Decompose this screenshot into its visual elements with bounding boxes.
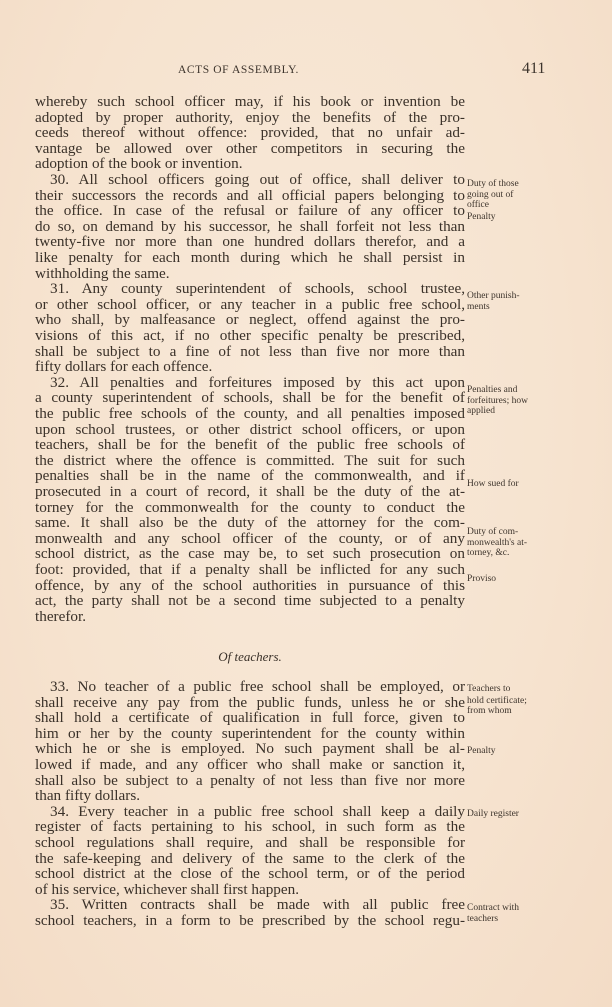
text-line: shall be subject to a fine of not less t… <box>35 344 465 360</box>
running-head: ACTS OF ASSEMBLY. 411 <box>0 62 612 80</box>
margin-note: forfeitures; how <box>467 396 528 406</box>
margin-note: How sued for <box>467 479 519 489</box>
text-line: fifty dollars for each offence. <box>35 359 465 375</box>
text-line: upon school trustees, or other district … <box>35 422 465 438</box>
margin-note: from whom <box>467 706 512 716</box>
text-line: penalties shall be in the name of the co… <box>35 468 465 484</box>
text-line: twenty-five nor more than one hundred do… <box>35 234 465 250</box>
text-line: the office. In case of the refusal or fa… <box>35 203 465 219</box>
text-line: prosecuted in a court of record, it shal… <box>35 484 465 500</box>
text-line: than fifty dollars. <box>35 788 465 804</box>
section-31-start: 31. Any county superintendent of schools… <box>50 281 465 297</box>
text-line: like penalty for each month during which… <box>35 250 465 266</box>
text-line: a county superintendent of schools, shal… <box>35 390 465 406</box>
text-line: visions of this act, if no other specifi… <box>35 328 465 344</box>
text-line: who shall, by malfeasance or neglect, of… <box>35 312 465 328</box>
text-line: the district where the offence is commit… <box>35 453 465 469</box>
text-line: teachers, shall be for the benefit of th… <box>35 437 465 453</box>
text-line: of his service, whichever shall first ha… <box>35 882 465 898</box>
text-line: withholding the same. <box>35 266 465 282</box>
section-33-start: 33. No teacher of a public free school s… <box>50 679 465 695</box>
text-line: register of facts pertaining to his scho… <box>35 819 465 835</box>
margin-note: hold certificate; <box>467 696 527 706</box>
text-line: do so, on demand by his successor, he sh… <box>35 219 465 235</box>
section-32-start: 32. All penalties and forfeitures impose… <box>50 375 465 391</box>
margin-note: Other punish- <box>467 291 520 301</box>
text-line: him or her by the county superintendent … <box>35 726 465 742</box>
text-line: the safe-keeping and delivery of the sam… <box>35 851 465 867</box>
margin-note: Penalty <box>467 746 496 756</box>
margin-note: Penalties and <box>467 385 517 395</box>
text-line: ceeds thereof without offence: provided,… <box>35 125 465 141</box>
book-page: ACTS OF ASSEMBLY. 411 whereby such schoo… <box>0 0 612 1007</box>
margin-note: ments <box>467 302 490 312</box>
text-line: adopted by proper authority, enjoy the b… <box>35 110 465 126</box>
margin-note: Teachers to <box>467 684 510 694</box>
margin-note: Proviso <box>467 574 496 584</box>
text-line: monwealth and any school officer of the … <box>35 531 465 547</box>
text-line: shall hold a certificate of qualificatio… <box>35 710 465 726</box>
margin-note: Duty of those <box>467 179 519 189</box>
running-title: ACTS OF ASSEMBLY. <box>178 64 299 76</box>
text-line: adoption of the book or invention. <box>35 156 465 172</box>
text-line: the public free schools of the county, a… <box>35 406 465 422</box>
text-line: act, the party shall not be a second tim… <box>35 593 465 609</box>
text-line: or other school officer, or any teacher … <box>35 297 465 313</box>
text-line: foot: provided, that if a penalty shall … <box>35 562 465 578</box>
margin-note: Daily register <box>467 809 519 819</box>
margin-note: Penalty <box>467 212 496 222</box>
text-line: therefor. <box>35 609 465 625</box>
text-line: shall also be subject to a penalty of no… <box>35 773 465 789</box>
margin-note: Contract with <box>467 903 519 913</box>
margin-note: applied <box>467 406 495 416</box>
margin-note: Duty of com- <box>467 527 518 537</box>
section-heading: Of teachers. <box>35 649 465 665</box>
text-line: lowed if made, and any officer who shall… <box>35 757 465 773</box>
section-34-start: 34. Every teacher in a public free schoo… <box>50 804 465 820</box>
text-line: shall receive any pay from the public fu… <box>35 695 465 711</box>
text-line: school district at the close of the scho… <box>35 866 465 882</box>
text-line: torney for the commonwealth for the coun… <box>35 500 465 516</box>
margin-note: office <box>467 200 489 210</box>
section-30-start: 30. All school officers going out of off… <box>50 172 465 188</box>
text-line: vantage be allowed over other competitor… <box>35 141 465 157</box>
text-line: school regulations shall require, and sh… <box>35 835 465 851</box>
margin-note: going out of <box>467 190 513 200</box>
text-line: school teachers, in a form to be prescri… <box>35 913 465 929</box>
text-line: whereby such school officer may, if his … <box>35 94 465 110</box>
text-line: school district, as the case may be, to … <box>35 546 465 562</box>
text-line: their successors the records and all off… <box>35 188 465 204</box>
text-line: which he or she is employed. No such pay… <box>35 741 465 757</box>
margin-note: teachers <box>467 914 498 924</box>
text-line: offence, by any of the school authoritie… <box>35 578 465 594</box>
page-number: 411 <box>522 60 545 78</box>
section-35-start: 35. Written contracts shall be made with… <box>50 897 465 913</box>
text-line: same. It shall also be the duty of the a… <box>35 515 465 531</box>
margin-note: monwealth's at- <box>467 538 527 548</box>
margin-note: torney, &c. <box>467 548 509 558</box>
